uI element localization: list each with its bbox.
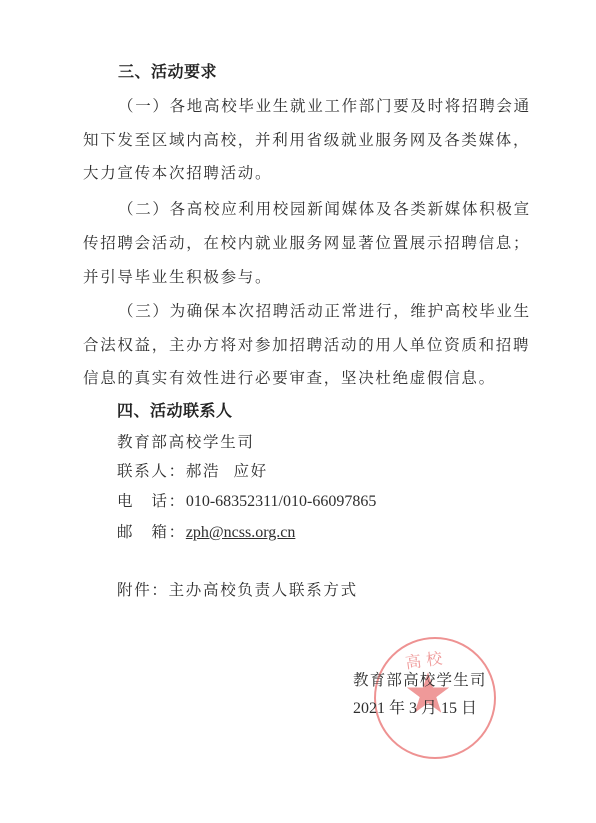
phone-row: 电 话：010-68352311/010-66097865	[117, 491, 577, 512]
document-page: 三、活动要求 （一）各地高校毕业生就业工作部门要及时将招聘会通 知下发至区域内高…	[0, 0, 596, 823]
paragraph-2-line-3: 并引导毕业生积极参与。	[83, 267, 543, 287]
attachment-text: 主办高校负责人联系方式	[169, 581, 358, 599]
signature-date: 2021 年 3 月 15 日	[353, 699, 477, 719]
signature-organization: 教育部高校学生司	[353, 670, 487, 690]
attachment-label: 附件：	[117, 581, 169, 599]
email-link[interactable]: zph@ncss.org.cn	[186, 524, 296, 541]
paragraph-3-line-2: 合法权益，主办方将对参加招聘活动的用人单位资质和招聘	[83, 335, 543, 355]
phone-value: 010-68352311/010-66097865	[186, 493, 377, 510]
section-heading-contacts: 四、活动联系人	[117, 401, 577, 421]
phone-label: 电 话：	[117, 492, 186, 510]
attachment-row: 附件：主办高校负责人联系方式	[117, 580, 577, 600]
paragraph-1-line-3: 大力宣传本次招聘活动。	[83, 163, 543, 183]
email-row: 邮 箱：zph@ncss.org.cn	[117, 522, 577, 543]
paragraph-3-line-1: （三）为确保本次招聘活动正常进行，维护高校毕业生	[118, 301, 578, 321]
email-label: 邮 箱：	[117, 523, 186, 541]
paragraph-3-line-3: 信息的真实有效性进行必要审查，坚决杜绝虚假信息。	[83, 368, 543, 388]
paragraph-2-line-2: 传招聘会活动，在校内就业服务网显著位置展示招聘信息；	[83, 233, 543, 253]
paragraph-1-line-1: （一）各地高校毕业生就业工作部门要及时将招聘会通	[118, 96, 578, 116]
contact-person-row: 联系人：郝浩 应好	[117, 461, 577, 481]
contact-organization: 教育部高校学生司	[117, 432, 577, 452]
section-heading-requirements: 三、活动要求	[118, 62, 578, 82]
paragraph-2-line-1: （二）各高校应利用校园新闻媒体及各类新媒体积极宣	[118, 199, 578, 219]
contact-person-names: 郝浩 应好	[186, 462, 268, 480]
paragraph-1-line-2: 知下发至区域内高校，并利用省级就业服务网及各类媒体，	[83, 130, 543, 150]
contact-person-label: 联系人：	[117, 462, 186, 480]
